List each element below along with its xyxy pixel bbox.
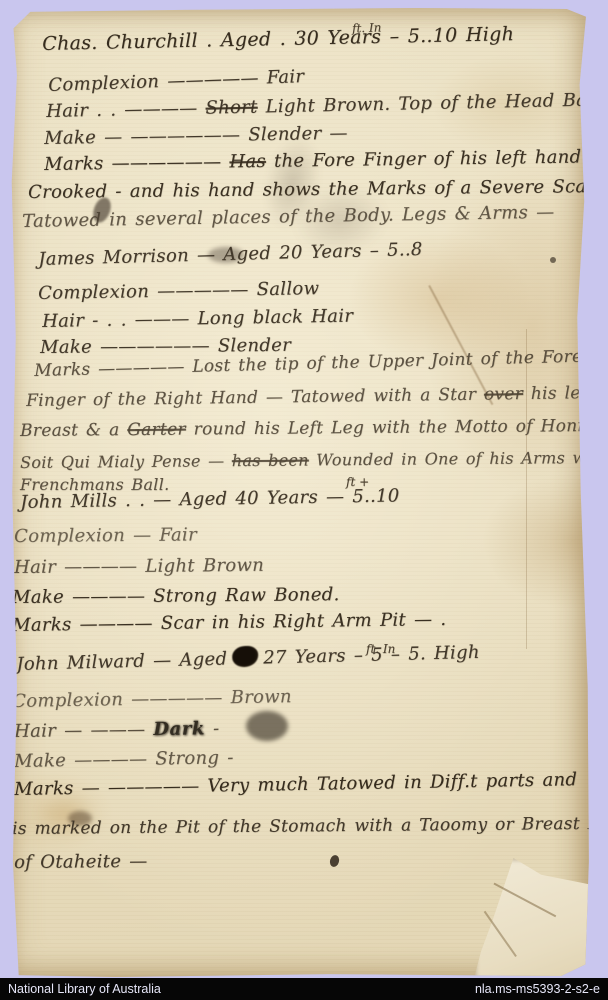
line-churchill-make: Make — —————— Slender —: [44, 123, 348, 149]
line-morrison-hair: Hair - . . ——— Long black Hair: [42, 306, 353, 332]
line-mills-hair: Hair ———— Light Brown: [14, 555, 264, 578]
line-text: Complexion ————— Brown: [12, 686, 292, 712]
line-churchill-marks-2: Crooked - and his hand shows the Marks o…: [28, 176, 608, 203]
line-text: Chas. Churchill . Aged . 30 Years – 5..1…: [42, 23, 514, 55]
line-text: Make — —————— Slender —: [44, 123, 348, 149]
line-churchill-complexion: Complexion ————— Fair: [48, 66, 305, 96]
line-text: Marks ———— Scar in his Right Arm Pit — .: [12, 609, 447, 636]
line-milward-marks: Marks — ————— Very much Tatowed in Diff.…: [14, 769, 577, 800]
line-morrison-marks-3: Breast & a Garter round his Left Leg wit…: [20, 416, 583, 441]
line-text: the Fore Finger of his left hand: [266, 146, 582, 171]
line-morrison-marks-4: Soit Qui Mialy Pense — has been Wounded …: [20, 448, 608, 472]
line-text: Light Brown. Top of the Head Bald: [257, 89, 605, 117]
line-churchill-marks-3: Tatowed in several places of the Body. L…: [22, 202, 555, 232]
paper-crack: [484, 910, 517, 956]
line-mills-make: Make ———— Strong Raw Boned.: [12, 584, 340, 608]
line-text: Hair — ———: [14, 719, 154, 742]
line-milward-complexion: Complexion ————— Brown: [12, 686, 292, 712]
document-scan-viewer: ft. In ft + ft. In Chas. Churchill . Age…: [0, 0, 608, 1000]
struck-word: Short: [205, 97, 258, 119]
line-text: Breast & a: [20, 420, 127, 441]
paper-crack: [494, 882, 557, 916]
reference-id-label: nla.ms-ms5393-2-s2-e: [475, 982, 600, 996]
line-text: Marks ——————: [44, 151, 230, 175]
struck-word: has been: [232, 450, 309, 470]
line-text: Make ———— Strong -: [14, 747, 234, 772]
line-churchill-header: Chas. Churchill . Aged . 30 Years – 5..1…: [42, 23, 514, 55]
line-churchill-hair: Hair . . ———— Short Light Brown. Top of …: [46, 89, 605, 122]
line-text: Complexion ————— Sallow: [38, 278, 319, 304]
line-milward-marks-3: of Otaheite —: [14, 851, 148, 873]
line-milward-make: Make ———— Strong -: [14, 747, 234, 772]
ink-speck: [550, 257, 556, 263]
line-text: James Morrison — Aged 20 Years – 5..8: [38, 239, 423, 270]
line-milward-hair: Hair — ——— Dark -: [14, 718, 220, 742]
line-text: Tatowed in several places of the Body. L…: [22, 202, 555, 232]
line-text: Make ———— Strong Raw Boned.: [12, 584, 340, 608]
struck-word: Garter: [127, 420, 186, 441]
line-milward-marks-2: is marked on the Pit of the Stomach with…: [12, 814, 608, 839]
line-text: Wounded in One of his Arms with a: [309, 448, 608, 470]
paper-fold-line: [526, 329, 527, 649]
line-text: John Milward — Aged: [16, 648, 227, 675]
torn-corner-patch: [474, 858, 590, 978]
line-text: 27 Years – 5 – 5. High: [263, 642, 480, 669]
viewer-footer-bar: National Library of Australia nla.ms-ms5…: [0, 978, 608, 1000]
line-text: his left: [523, 383, 595, 404]
library-name-label: National Library of Australia: [8, 982, 161, 996]
line-text: Soit Qui Mialy Pense —: [20, 451, 232, 472]
line-morrison-marks-2: Finger of the Right Hand — Tatowed with …: [26, 383, 595, 411]
struck-word: Has: [229, 151, 266, 173]
line-mills-complexion: Complexion — Fair: [14, 524, 197, 547]
line-text: Finger of the Right Hand — Tatowed with …: [26, 385, 484, 411]
ink-speck: [329, 854, 341, 868]
line-milward-header: John Milward — Aged27 Years – 5 – 5. Hig…: [16, 640, 480, 675]
line-text: Hair . . ————: [46, 98, 206, 122]
line-morrison-header: James Morrison — Aged 20 Years – 5..8: [38, 239, 423, 270]
ink-blot: [246, 711, 288, 741]
line-text: -: [205, 718, 220, 739]
line-text: Hair ———— Light Brown: [14, 555, 264, 578]
line-mills-marks: Marks ———— Scar in his Right Arm Pit — .: [12, 609, 447, 636]
line-text: Crooked - and his hand shows the Marks o…: [28, 176, 608, 203]
line-text: Complexion — Fair: [14, 524, 197, 547]
manuscript-page: ft. In ft + ft. In Chas. Churchill . Age…: [10, 7, 590, 978]
line-churchill-marks: Marks —————— Has the Fore Finger of his …: [44, 146, 582, 175]
blotted-word: Dark: [153, 718, 205, 740]
struck-word: over: [484, 384, 524, 405]
line-text: Hair - . . ——— Long black Hair: [42, 306, 353, 332]
line-morrison-complexion: Complexion ————— Sallow: [38, 278, 319, 304]
line-text: is marked on the Pit of the Stomach with…: [12, 814, 608, 839]
ink-blot: [232, 646, 259, 668]
line-text: Marks — ————— Very much Tatowed in Diff.…: [14, 769, 577, 800]
line-text: round his Left Leg with the Motto of Hon…: [186, 416, 583, 439]
line-text: of Otaheite —: [14, 851, 148, 873]
line-text: Complexion ————— Fair: [48, 66, 305, 96]
